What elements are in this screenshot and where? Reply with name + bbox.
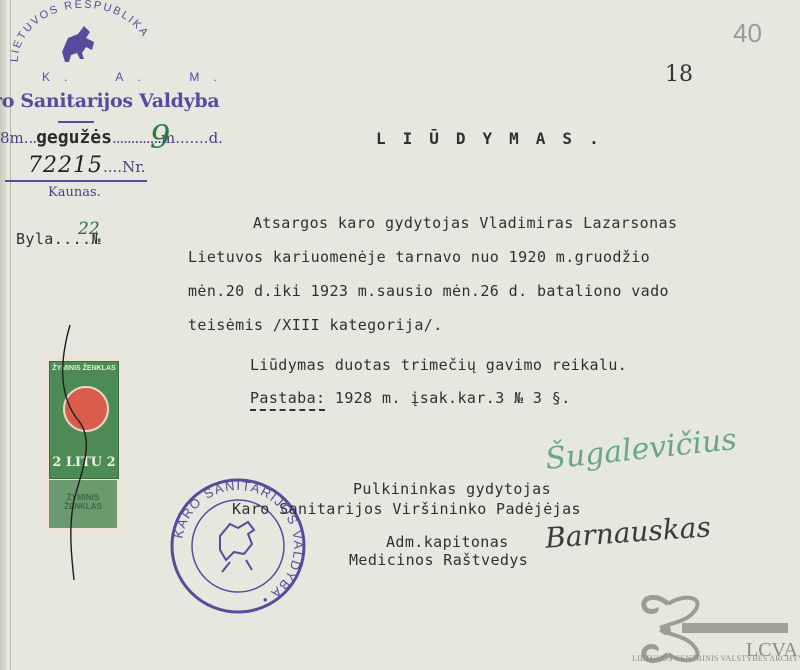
stamp-number-rule [5, 180, 147, 182]
body-line-3: mėn.20 d.iki 1923 m.sausio mėn.26 d. bat… [188, 282, 669, 300]
note-label: Pastaba: [250, 389, 325, 411]
date-day-handwritten: 9 [150, 118, 170, 156]
coat-of-arms-icon [63, 386, 109, 432]
revenue-stamp-lower: ŽYMINIS ŽENKLAS [49, 480, 117, 528]
stamp-date-line: 8m...gegužės.............m.......d. [0, 127, 223, 148]
knight-emblem-icon [220, 522, 254, 572]
stamp-office-name: ro Sanitarijos Valdyba [0, 90, 219, 112]
number-label: Nr. [122, 158, 145, 176]
note-text: 1928 m. įsak.kar.3 № 3 §. [325, 389, 570, 407]
stamp-number-line: 72215....Nr. [28, 153, 146, 178]
signatory-2-rank: Adm.kapitonas [386, 533, 509, 551]
note-line: Pastaba: 1928 m. įsak.kar.3 № 3 §. [250, 389, 571, 407]
body-line-4: teisėmis /XIII kategorija/. [188, 316, 443, 334]
body-line-2: Lietuvos kariuomenėje tarnavo nuo 1920 m… [188, 248, 650, 266]
signatory-2-title: Medicinos Raštvedys [349, 551, 528, 569]
stamp-abbreviation: K. A. M. [42, 70, 231, 84]
signatory-1-title: Karo Sanitarijos Viršininko Padėjėjas [232, 500, 581, 518]
knight-emblem-icon [62, 26, 94, 62]
number-handwritten: 72215 [28, 153, 103, 178]
archive-name: LIETUVOS CENTRINIS VALSTYBĖS ARCHYVAS [632, 654, 800, 663]
revenue-stamp: ŽYMINIS ŽENKLAS 2 LITU 2 ŽYMINIS ŽENKLAS [41, 356, 123, 534]
archive-page-number: 40 [733, 18, 762, 49]
signatory-1-rank: Pulkininkas gydytojas [353, 480, 551, 498]
round-seal: KARO SANITARIJOS VALDYBA • [168, 476, 308, 616]
case-number-handwritten: 22 [78, 219, 100, 239]
stamp-rule [58, 121, 94, 123]
day-suffix: d. [209, 129, 223, 147]
revenue-stamp-upper: ŽYMINIS ŽENKLAS 2 LITU 2 [49, 361, 119, 479]
body-line-5: Liūdymas duotas trimečių gavimo reikalu. [250, 356, 627, 374]
stamp-city: Kaunas. [48, 185, 101, 200]
document-title: LIŪDYMAS. [376, 129, 616, 148]
date-prefix: 8m. [0, 129, 29, 147]
svg-text:KARO SANITARIJOS VALDYBA •: KARO SANITARIJOS VALDYBA • [170, 478, 306, 609]
revenue-stamp-value: 2 LITU 2 [50, 455, 118, 470]
revenue-stamp-bottom-text: ŽYMINIS ŽENKLAS [49, 493, 117, 511]
sheet-number: 18 [665, 62, 693, 87]
revenue-stamp-title: ŽYMINIS ŽENKLAS [50, 365, 118, 373]
signature-handwritten-1: Šugalevičius [544, 422, 739, 477]
stamp-arc-text: LIETUVOS RESPUBLIKA [0, 0, 200, 80]
date-month: gegužės [36, 127, 112, 148]
body-line-1: Atsargos karo gydytojas Vladimiras Lazar… [253, 214, 677, 232]
